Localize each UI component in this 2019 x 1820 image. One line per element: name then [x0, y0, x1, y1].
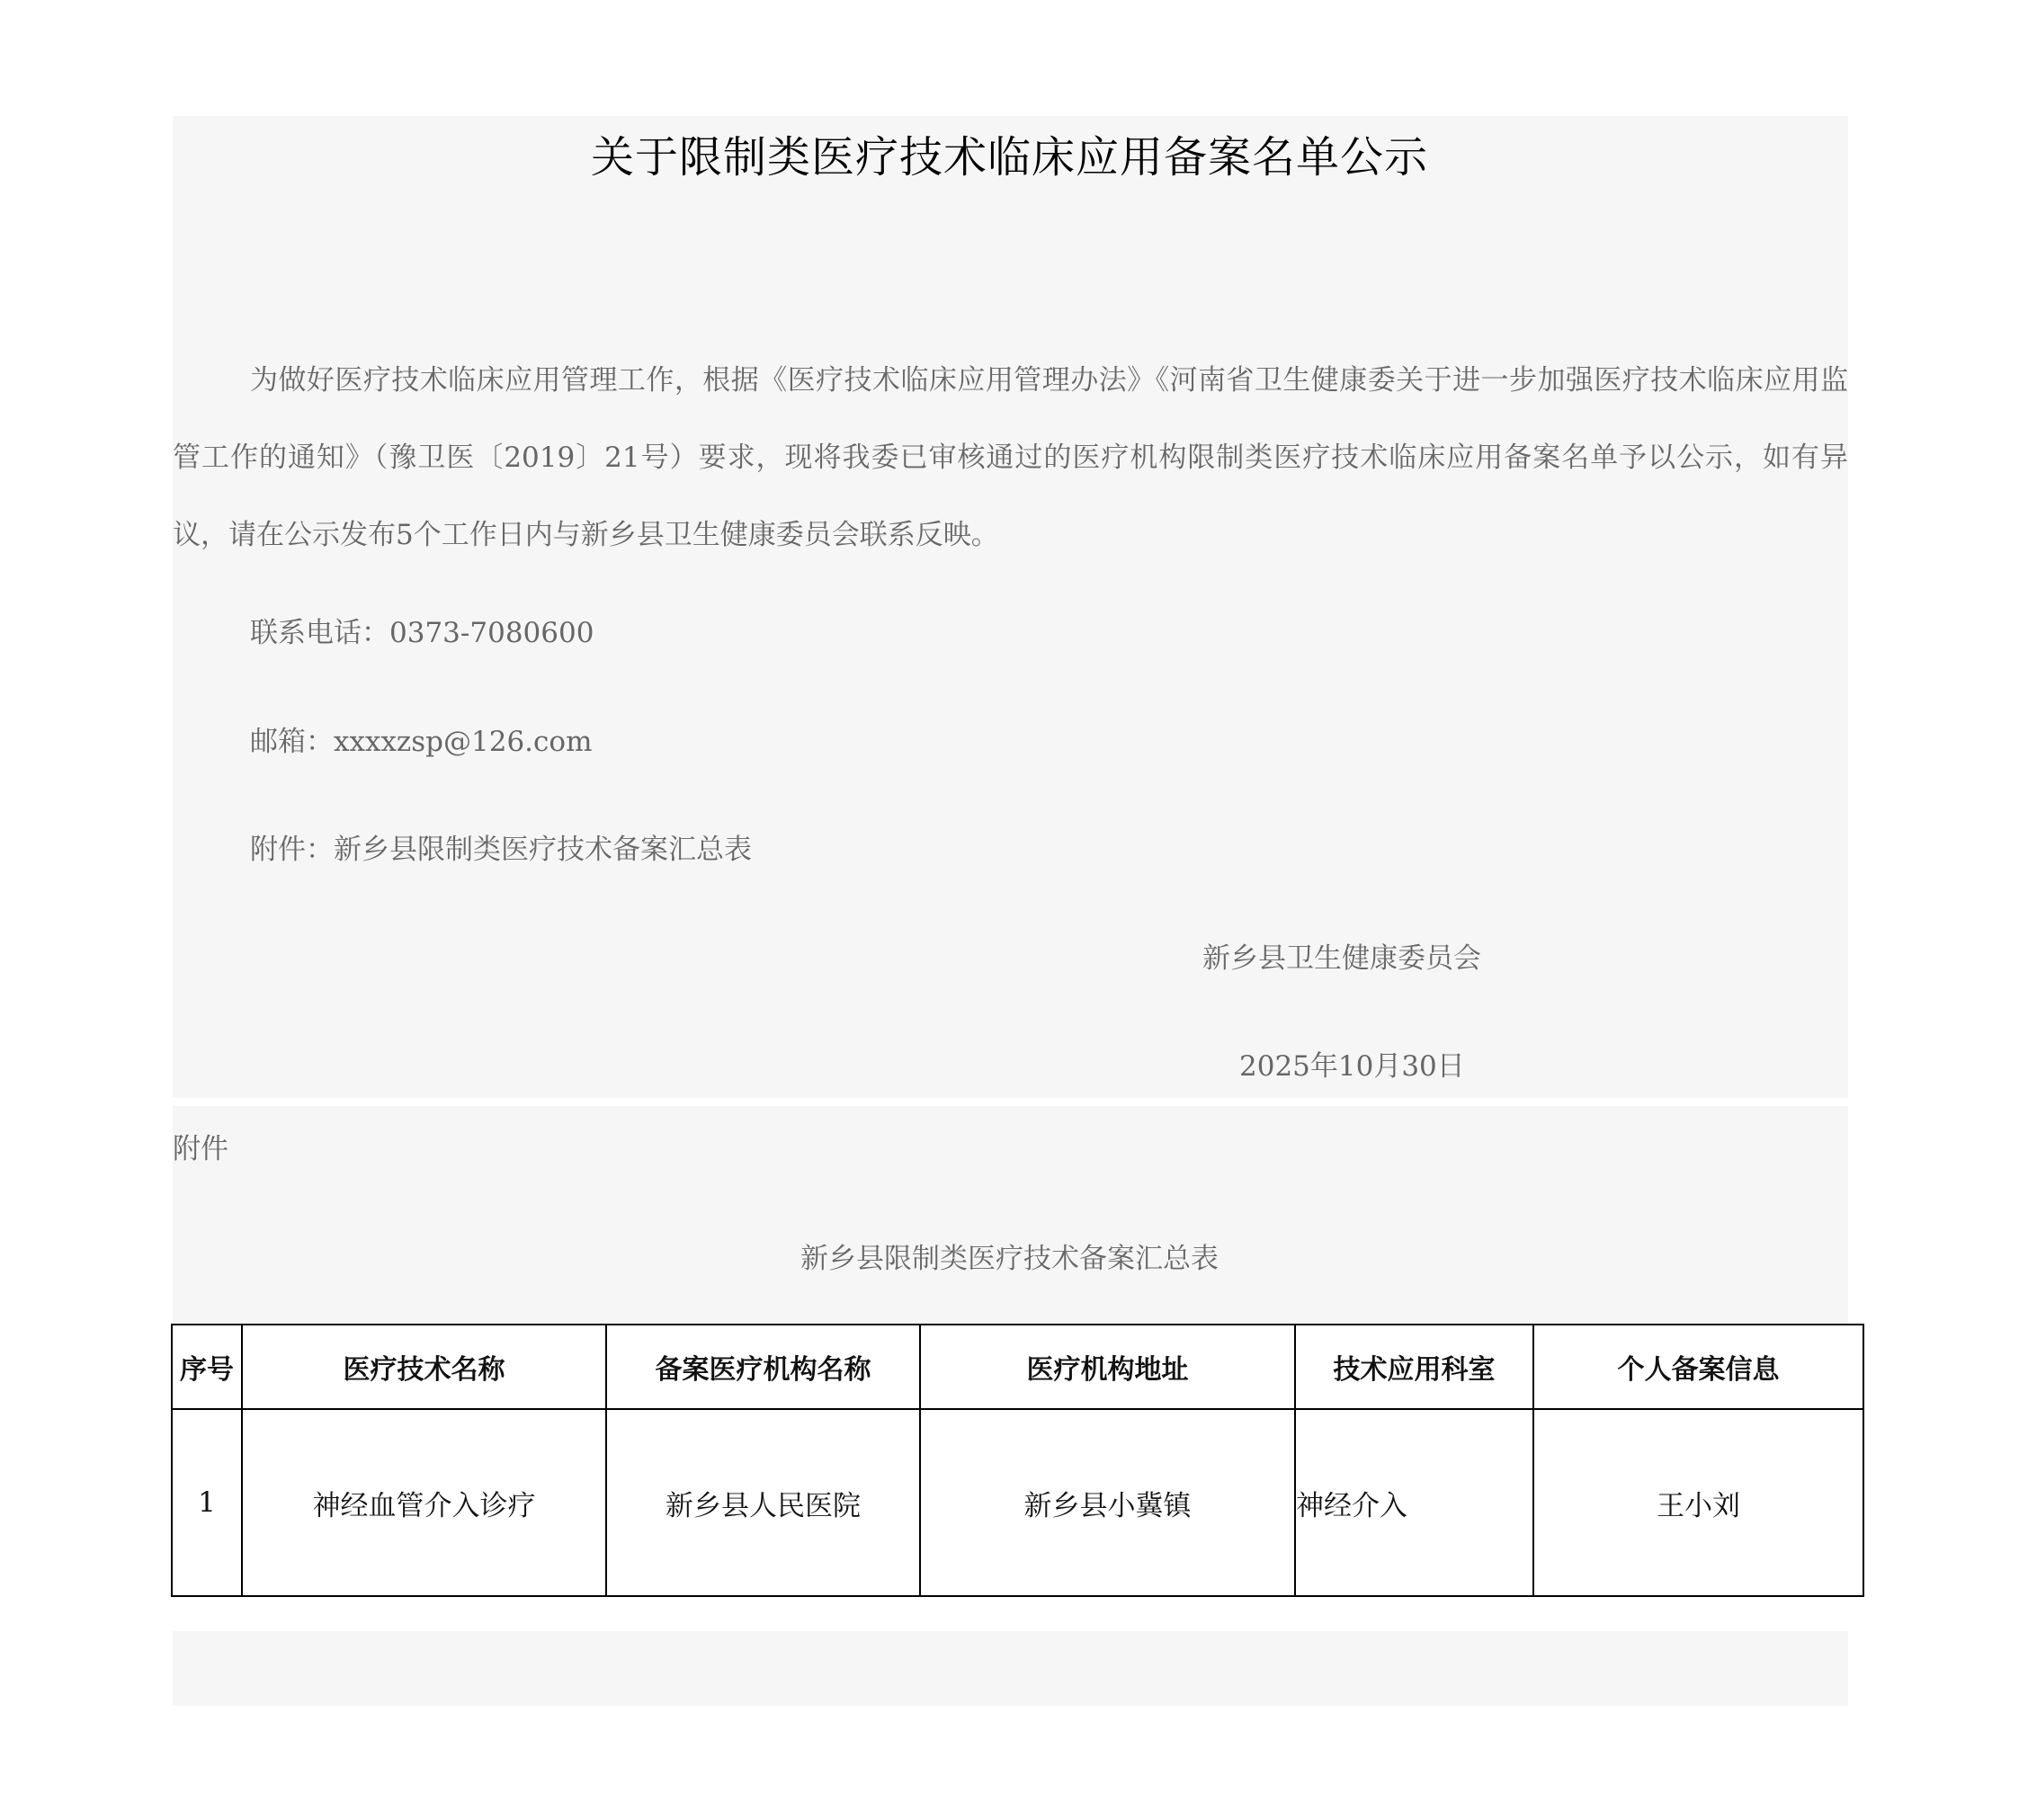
attachment-reference: 附件：新乡县限制类医疗技术备案汇总表	[250, 826, 752, 867]
filing-table: 序号 医疗技术名称 备案医疗机构名称 医疗机构地址 技术应用科室 个人备案信息 …	[171, 1324, 1864, 1597]
signature: 新乡县卫生健康委员会	[1202, 935, 1481, 976]
date: 2025年10月30日	[1239, 1043, 1465, 1084]
header-technology: 医疗技术名称	[242, 1325, 606, 1409]
cell-personal-info: 王小刘	[1533, 1409, 1863, 1596]
header-index: 序号	[172, 1325, 242, 1409]
notice-panel	[173, 116, 1848, 1098]
header-department: 技术应用科室	[1295, 1325, 1533, 1409]
cell-technology: 神经血管介入诊疗	[242, 1409, 606, 1596]
phone-line: 联系电话：0373-7080600	[250, 610, 594, 650]
header-address: 医疗机构地址	[920, 1325, 1295, 1409]
cell-address: 新乡县小冀镇	[920, 1409, 1295, 1596]
header-institution: 备案医疗机构名称	[606, 1325, 920, 1409]
table-header-row: 序号 医疗技术名称 备案医疗机构名称 医疗机构地址 技术应用科室 个人备案信息	[172, 1325, 1863, 1409]
cell-index: 1	[172, 1409, 242, 1596]
email-line: 邮箱：xxxxzsp@126.com	[250, 718, 592, 759]
table-title: 新乡县限制类医疗技术备案汇总表	[0, 1236, 2019, 1276]
header-personal-info: 个人备案信息	[1533, 1325, 1863, 1409]
attachment-label: 附件	[173, 1126, 228, 1166]
cell-institution: 新乡县人民医院	[606, 1409, 920, 1596]
page-title: 关于限制类医疗技术临床应用备案名单公示	[0, 122, 2019, 184]
cell-department: 神经介入	[1295, 1409, 1533, 1596]
footer-panel	[173, 1631, 1848, 1706]
body-paragraph: 为做好医疗技术临床应用管理工作，根据《医疗技术临床应用管理办法》《河南省卫生健康…	[173, 342, 1848, 574]
table-row: 1 神经血管介入诊疗 新乡县人民医院 新乡县小冀镇 神经介入 王小刘	[172, 1409, 1863, 1596]
attachment-panel	[173, 1106, 1848, 1324]
